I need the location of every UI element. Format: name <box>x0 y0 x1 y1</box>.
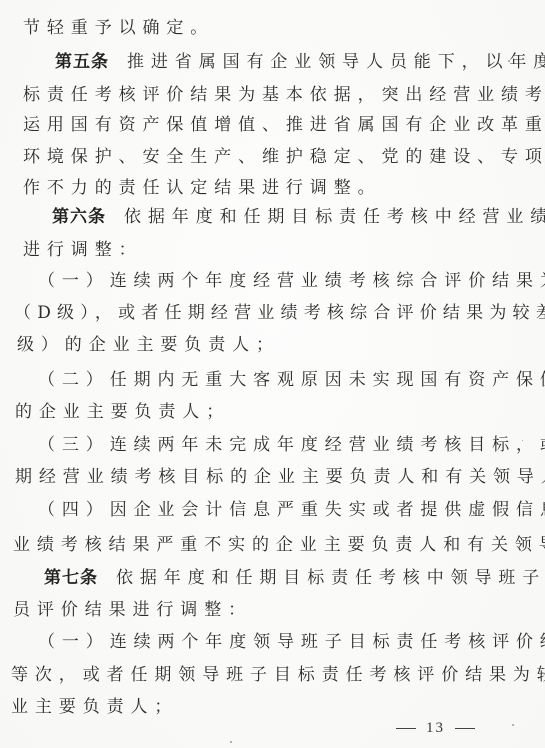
item-7-1-line-3: 业主要负责人； <box>11 694 178 720</box>
item-7-1-line-2: 等次，或者任期领导班子目标责任考核评价结果为较差等次的企 <box>11 662 545 688</box>
item-6-1-line-1: （一）连续两个年度经营业绩考核综合评价结果为较差等次 <box>38 268 545 294</box>
line-text: （一）连续两个年度领导班子目标责任考核评价结果为较差 <box>38 632 545 652</box>
article-5-line-1: 第五条推进省属国有企业领导人员能下，以年度和任期目 <box>55 49 545 75</box>
line-text: 员评价结果进行调整： <box>13 600 252 620</box>
article-6-line-1: 第六条依据年度和任期目标责任考核中经营业绩评价结果 <box>52 204 545 230</box>
line-text: 级）的企业主要负责人； <box>17 335 280 355</box>
line-text: 运用国有资产保值增值、推进省属国有企业改革重点工作以及在 <box>23 115 545 135</box>
article-heading-7: 第七条 <box>44 568 98 588</box>
text-line-3: 标责任考核评价结果为基本依据，突出经营业绩考核评价，综合 <box>23 82 545 108</box>
line-text: （三）连续两年未完成年度经营业绩考核目标，或未完成任 <box>38 435 545 455</box>
scan-speck <box>230 741 232 743</box>
line-text: 作不力的责任认定结果进行调整。 <box>23 178 382 198</box>
dash-left <box>396 728 416 729</box>
document-page: 节轻重予以确定。 第五条推进省属国有企业领导人员能下，以年度和任期目 标责任考核… <box>0 0 545 748</box>
scan-speck <box>512 724 514 726</box>
text-line-4: 运用国有资产保值增值、推进省属国有企业改革重点工作以及在 <box>23 112 545 138</box>
line-text: （一）连续两个年度经营业绩考核综合评价结果为较差等次 <box>38 271 545 291</box>
item-6-4-line-2: 业绩考核结果严重不实的企业主要负责人和有关领导人员。 <box>13 532 545 558</box>
page-number: 13 <box>386 716 485 740</box>
line-text: 业主要负责人； <box>11 697 178 717</box>
item-6-2-line-1: （二）任期内无重大客观原因未实现国有资产保值增值目标 <box>38 367 545 393</box>
line-text: 节轻重予以确定。 <box>23 18 214 38</box>
line-text: 标责任考核评价结果为基本依据，突出经营业绩考核评价，综合 <box>23 85 545 105</box>
line-text: （二）任期内无重大客观原因未实现国有资产保值增值目标 <box>38 370 545 390</box>
article-7-line-2: 员评价结果进行调整： <box>13 597 252 623</box>
line-text: 业绩考核结果严重不实的企业主要负责人和有关领导人员。 <box>13 535 545 555</box>
line-text: 进行调整： <box>23 240 143 260</box>
line-text: 期经营业绩考核目标的企业主要负责人和有关领导人员； <box>15 467 545 487</box>
page-number-value: 13 <box>426 720 445 736</box>
line-text: （D级），或者任期经营业绩考核综合评价结果为较差等次（D <box>14 303 545 323</box>
item-6-1-line-2: （D级），或者任期经营业绩考核综合评价结果为较差等次（D <box>14 300 545 326</box>
text-line-6: 作不力的责任认定结果进行调整。 <box>23 175 382 201</box>
item-6-4-line-1: （四）因企业会计信息严重失实或者提供虚假信息导致经营 <box>38 497 545 523</box>
line-text: 的企业主要负责人； <box>15 402 230 422</box>
scan-speck <box>508 60 510 62</box>
line-text: 依据年度和任期目标责任考核中经营业绩评价结果 <box>124 207 545 227</box>
line-text: 推进省属国有企业领导人员能下，以年度和任期目 <box>127 52 545 72</box>
text-line-8: 进行调整： <box>23 237 143 263</box>
item-6-1-line-3: 级）的企业主要负责人； <box>17 332 280 358</box>
item-7-1-line-1: （一）连续两个年度领导班子目标责任考核评价结果为较差 <box>38 629 545 655</box>
item-6-3-line-1: （三）连续两年未完成年度经营业绩考核目标，或未完成任 <box>38 432 545 458</box>
line-text: （四）因企业会计信息严重失实或者提供虚假信息导致经营 <box>38 500 545 520</box>
dash-right <box>455 728 475 729</box>
article-7-line-1: 第七条依据年度和任期目标责任考核中领导班子和领导人 <box>44 565 545 591</box>
scan-speck <box>522 440 523 441</box>
text-line-5: 环境保护、安全生产、维护稳定、党的建设、专项工作等方面工 <box>23 144 545 170</box>
article-heading-6: 第六条 <box>52 207 106 227</box>
item-6-2-line-2: 的企业主要负责人； <box>15 399 230 425</box>
line-text: 环境保护、安全生产、维护稳定、党的建设、专项工作等方面工 <box>23 147 545 167</box>
item-6-3-line-2: 期经营业绩考核目标的企业主要负责人和有关领导人员； <box>15 464 545 490</box>
article-heading-5: 第五条 <box>55 52 109 72</box>
line-text: 依据年度和任期目标责任考核中领导班子和领导人 <box>116 568 545 588</box>
text-line-1: 节轻重予以确定。 <box>23 15 214 41</box>
line-text: 等次，或者任期领导班子目标责任考核评价结果为较差等次的企 <box>11 665 545 685</box>
